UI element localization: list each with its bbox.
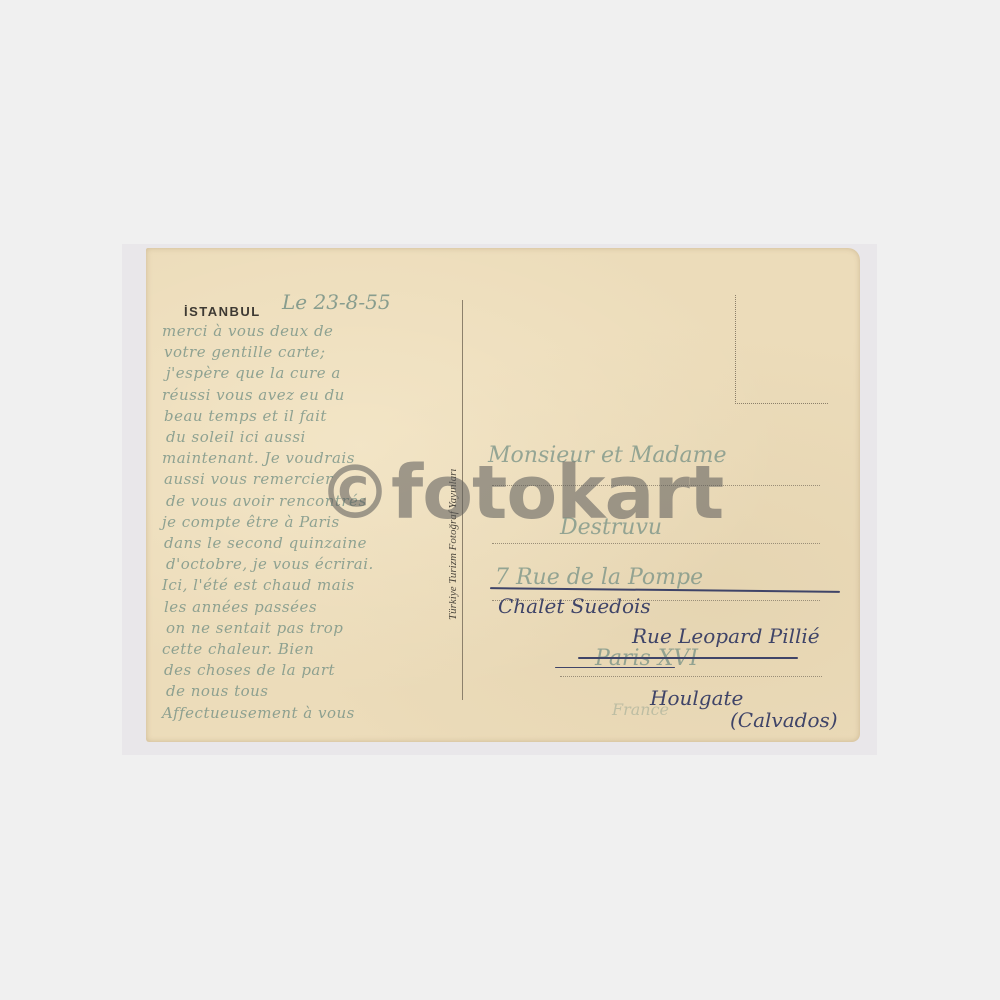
- message-line: dans le second quinzaine: [164, 534, 367, 552]
- handwritten-date: Le 23-8-55: [282, 290, 391, 314]
- message-line: du soleil ici aussi: [166, 428, 306, 446]
- message-line: votre gentille carte;: [164, 343, 326, 361]
- faded-country: France: [612, 700, 669, 719]
- strike-through-3: [555, 667, 675, 668]
- message-line: réussi vous avez eu du: [162, 386, 345, 404]
- strike-through-2: [578, 657, 798, 659]
- new-address-line-1: Chalet Suedois: [498, 594, 651, 618]
- new-address-line-2: Rue Leopard Pillié: [632, 624, 820, 648]
- stamp-placeholder-box: [735, 295, 828, 404]
- message-line: on ne sentait pas trop: [166, 619, 343, 637]
- message-line: cette chaleur. Bien: [162, 640, 314, 658]
- message-line: des choses de la part: [164, 661, 335, 679]
- message-line: de nous tous: [166, 682, 268, 700]
- watermark: ©fotokart: [318, 456, 723, 530]
- message-line: Affectueusement à vous: [162, 704, 355, 722]
- message-line: d'octobre, je vous écrirai.: [166, 555, 374, 573]
- message-line: Ici, l'été est chaud mais: [162, 576, 355, 594]
- message-line: merci à vous deux de: [162, 322, 333, 340]
- message-line: je compte être à Paris: [162, 513, 340, 531]
- message-line: beau temps et il fait: [164, 407, 327, 425]
- region-line: (Calvados): [730, 708, 838, 732]
- message-line: les années passées: [164, 598, 317, 616]
- printed-city-label: İSTANBUL: [184, 304, 261, 319]
- address-line-2: [492, 543, 820, 544]
- old-street-address: 7 Rue de la Pompe: [495, 565, 703, 590]
- message-line: j'espère que la cure a: [166, 364, 341, 382]
- message-line: aussi vous remercier: [164, 470, 333, 488]
- address-line-4: [560, 676, 822, 677]
